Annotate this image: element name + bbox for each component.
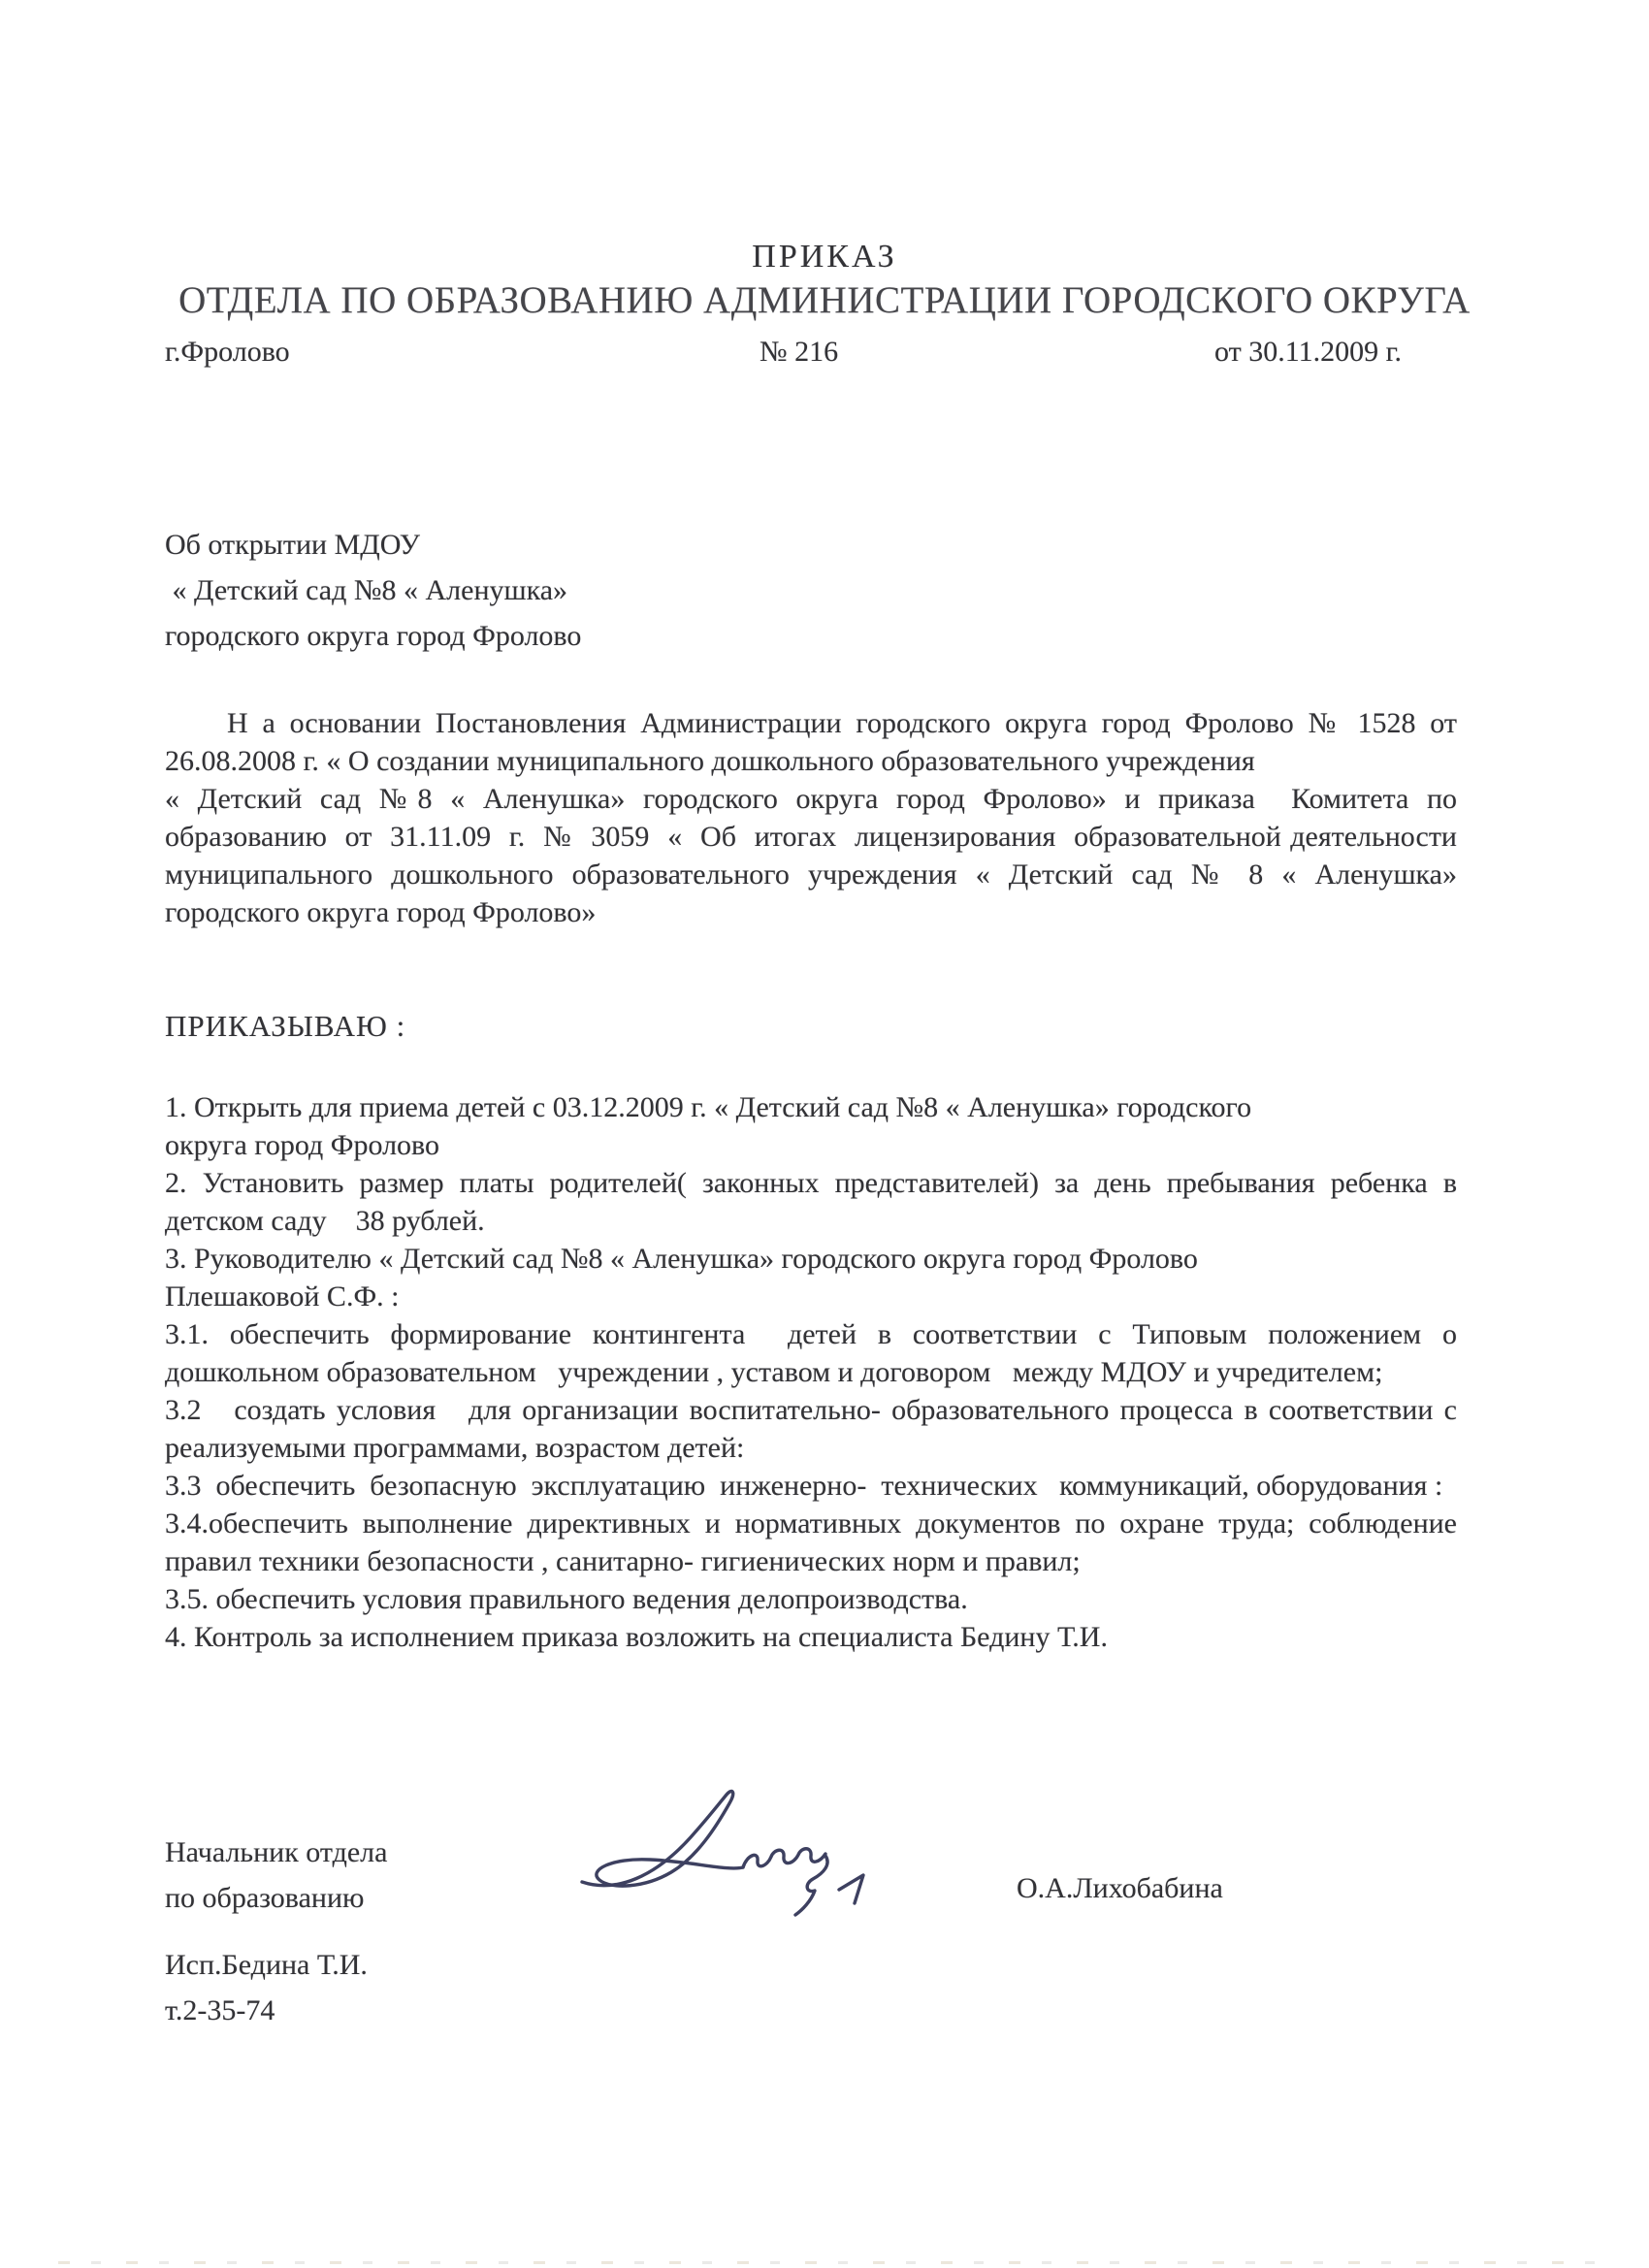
order-item-3-5: 3.5. обеспечить условия правильного веде…: [165, 1580, 1457, 1618]
signer-role-line1: Начальник отдела: [165, 1830, 387, 1875]
signer-role-line2: по образованию: [165, 1875, 387, 1921]
order-item-1: 1. Открыть для приема детей с 03.12.2009…: [165, 1088, 1457, 1164]
org-subtitle-line: ОТДЕЛА ПО ОБРАЗОВАНИЮ АДМИНИСТРАЦИИ ГОРО…: [0, 278, 1649, 322]
order-number: № 216: [760, 336, 838, 369]
executor-phone: т.2-35-74: [165, 1988, 368, 2033]
order-items-list: 1. Открыть для приема детей с 03.12.2009…: [165, 1088, 1457, 1656]
executor-name: Исп.Бедина Т.И.: [165, 1942, 368, 1988]
scan-artifact-line: [58, 2261, 1600, 2264]
preamble-paragraph: Н а основании Постановления Администраци…: [165, 704, 1457, 931]
header-meta-row: г.Фролово № 216 от 30.11.2009 г.: [0, 336, 1649, 376]
order-item-3-3: 3.3 обеспечить безопасную эксплуатацию и…: [165, 1467, 1457, 1505]
order-item-2: 2. Установить размер платы родителей( за…: [165, 1164, 1457, 1240]
order-date: от 30.11.2009 г.: [1214, 336, 1402, 369]
signer-name: О.А.Лихобабина: [1017, 1872, 1223, 1905]
document-page: ПРИКАЗ ОТДЕЛА ПО ОБРАЗОВАНИЮ АДМИНИСТРАЦ…: [0, 0, 1649, 2268]
subject-block: Об открытии МДОУ « Детский сад №8 « Ален…: [165, 522, 1038, 659]
order-item-4: 4. Контроль за исполнением приказа возло…: [165, 1618, 1457, 1656]
issue-place: г.Фролово: [165, 336, 290, 369]
executor-block: Исп.Бедина Т.И. т.2-35-74: [165, 1942, 368, 2033]
document-title: ПРИКАЗ: [0, 239, 1649, 275]
handwritten-signature-icon: [561, 1781, 881, 1936]
signer-role: Начальник отдела по образованию: [165, 1830, 387, 1921]
order-word: ПРИКАЗЫВАЮ :: [165, 1009, 405, 1044]
order-item-3-1: 3.1. обеспечить формирование контингента…: [165, 1315, 1457, 1391]
order-item-3-4: 3.4.обеспечить выполнение директивных и …: [165, 1505, 1457, 1580]
order-item-3: 3. Руководителю « Детский сад №8 « Алену…: [165, 1240, 1457, 1315]
order-item-3-2: 3.2 создать условия для организации восп…: [165, 1391, 1457, 1467]
